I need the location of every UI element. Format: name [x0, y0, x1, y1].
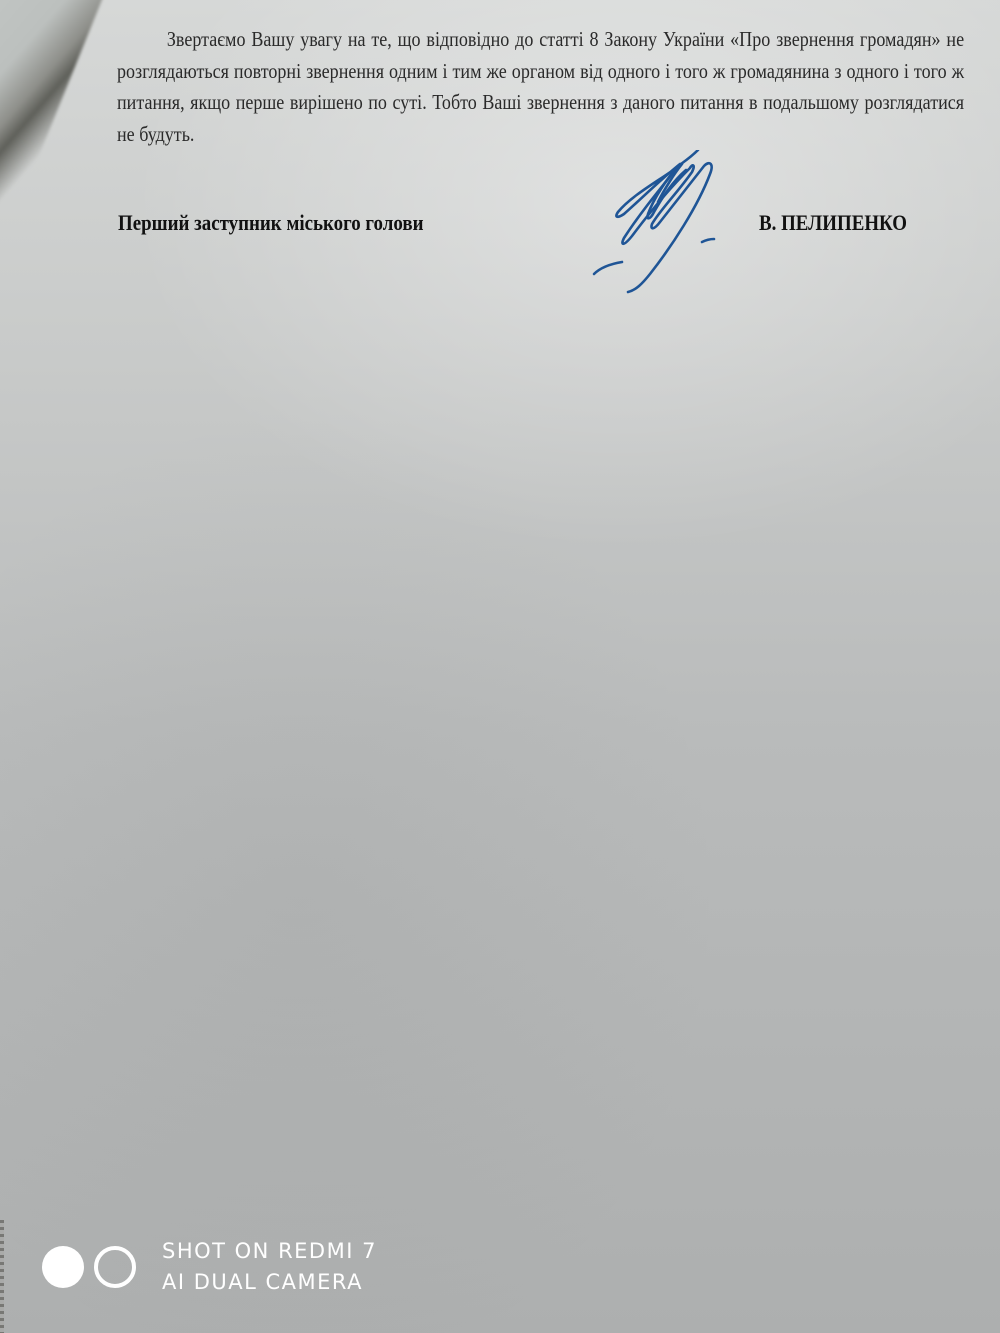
- watermark-line-1: SHOT ON REDMI 7: [162, 1236, 377, 1267]
- signer-name: В. ПЕЛИПЕНКО: [759, 207, 907, 239]
- notice-paragraph: Звертаємо Вашу увагу на те, що відповідн…: [117, 24, 964, 150]
- signer-title: Перший заступник міського голови: [118, 207, 423, 239]
- camera-watermark: SHOT ON REDMI 7 AI DUAL CAMERA: [42, 1236, 377, 1298]
- paper-background: [0, 0, 1000, 1333]
- ring-circle-icon: [94, 1246, 136, 1288]
- watermark-text: SHOT ON REDMI 7 AI DUAL CAMERA: [162, 1236, 377, 1298]
- signature-icon: [580, 150, 740, 300]
- filled-circle-icon: [42, 1246, 84, 1288]
- adjacent-page-edge: [0, 1220, 4, 1333]
- watermark-line-2: AI DUAL CAMERA: [162, 1267, 377, 1298]
